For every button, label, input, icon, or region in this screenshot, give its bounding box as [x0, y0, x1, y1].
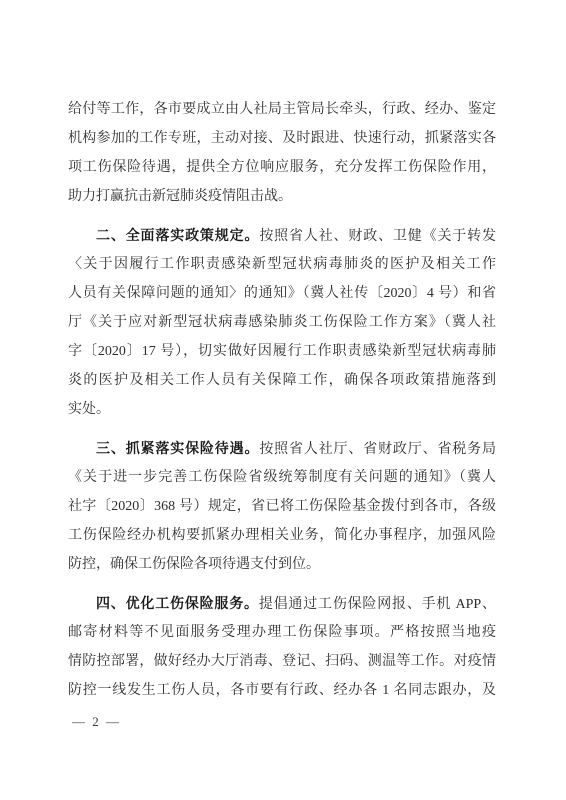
text-line: 厅《关于应对新型冠状病毒感染肺炎工伤保险工作方案》（冀人社 — [68, 308, 496, 337]
text-line: 〈关于因履行工作职责感染新型冠状病毒肺炎的医护及相关工作 — [68, 250, 496, 279]
section-heading: 四、优化工伤保险服务。 — [96, 595, 259, 611]
text-line: 情防控部署，做好经办大厅消毒、登记、扫码、测温等工作。对疫情 — [68, 647, 496, 676]
document-body: 给付等工作，各市要成立由人社局主管局长牵头，行政、经办、鉴定机构参加的工作专班，… — [68, 95, 496, 705]
section-heading: 三、抓紧落实保险待遇。 — [96, 440, 259, 456]
text-line: 给付等工作，各市要成立由人社局主管局长牵头，行政、经办、鉴定 — [68, 95, 496, 124]
text-line: 炎的医护及相关工作人员有关保障工作，确保各项政策措施落到 — [68, 366, 496, 395]
text-line: 邮寄材料等不见面服务受理办理工伤保险事项。严格按照当地疫 — [68, 618, 496, 647]
text-line: 二、全面落实政策规定。按照省人社、财政、卫健《关于转发 — [68, 221, 496, 250]
text-line: 防控一线发生工伤人员，各市要有行政、经办各 1 名同志跟办，及 — [68, 676, 496, 705]
section-heading: 二、全面落实政策规定。 — [96, 227, 259, 243]
paragraph: 给付等工作，各市要成立由人社局主管局长牵头，行政、经办、鉴定机构参加的工作专班，… — [68, 95, 496, 211]
text-line: 实处。 — [68, 395, 496, 424]
paragraph: 三、抓紧落实保险待遇。按照省人社厅、省财政厅、省税务局《关于进一步完善工伤保险省… — [68, 434, 496, 579]
page-number: — 2 — — [72, 714, 121, 730]
text-line: 机构参加的工作专班，主动对接、及时跟进、快速行动，抓紧落实各 — [68, 124, 496, 153]
text-line: 助力打赢抗击新冠肺炎疫情阻击战。 — [68, 182, 496, 211]
text-line: 人员有关保障问题的通知〉的通知》（冀人社传〔2020〕4 号）和省 — [68, 279, 496, 308]
text-line: 四、优化工伤保险服务。提倡通过工伤保险网报、手机 APP、 — [68, 589, 496, 618]
text-line: 防控，确保工伤保险各项待遇支付到位。 — [68, 550, 496, 579]
document-page: 给付等工作，各市要成立由人社局主管局长牵头，行政、经办、鉴定机构参加的工作专班，… — [0, 0, 566, 800]
text-line: 字〔2020〕17 号），切实做好因履行工作职责感染新型冠状病毒肺 — [68, 337, 496, 366]
text-line: 《关于进一步完善工伤保险省级统筹制度有关问题的通知》（冀人 — [68, 463, 496, 492]
paragraph: 四、优化工伤保险服务。提倡通过工伤保险网报、手机 APP、邮寄材料等不见面服务受… — [68, 589, 496, 705]
text-line: 三、抓紧落实保险待遇。按照省人社厅、省财政厅、省税务局 — [68, 434, 496, 463]
text-line: 社字〔2020〕368 号）规定，省已将工伤保险基金拨付到各市，各级 — [68, 492, 496, 521]
text-line: 工伤保险经办机构要抓紧办理相关业务，简化办事程序，加强风险 — [68, 521, 496, 550]
text-line: 项工伤保险待遇，提供全方位响应服务，充分发挥工伤保险作用， — [68, 153, 496, 182]
paragraph: 二、全面落实政策规定。按照省人社、财政、卫健《关于转发〈关于因履行工作职责感染新… — [68, 221, 496, 424]
